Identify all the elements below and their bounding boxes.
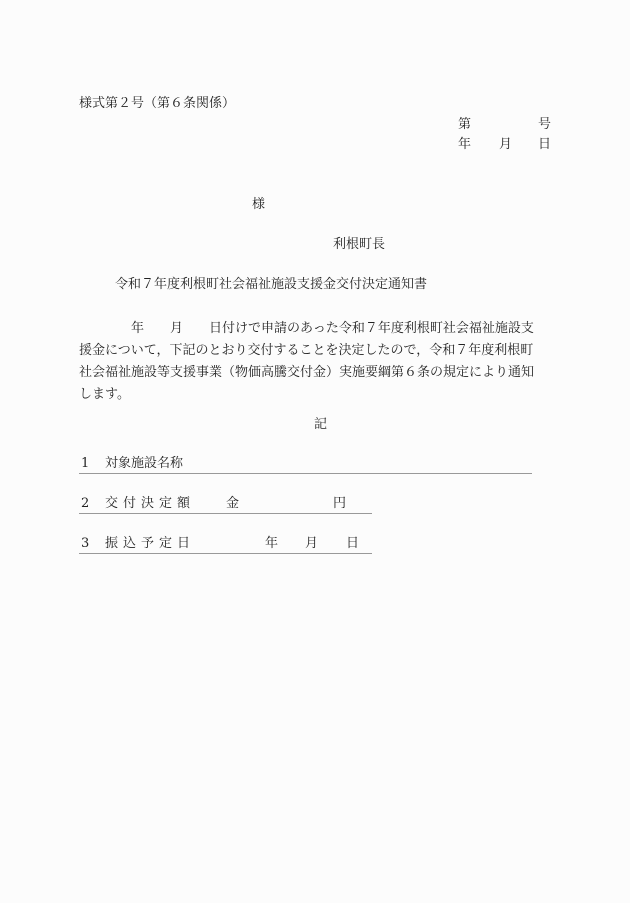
item-transfer-date: 3 振込予定日 年 月 日 [79,537,372,554]
item-label: 振込予定日 [105,537,195,550]
transfer-date-year: 年 [265,537,278,550]
doc-number-suffix: 号 [538,118,551,131]
item-facility-name: 1 対象施設名称 [79,457,532,474]
transfer-date-day: 日 [346,537,359,550]
form-label: 様式第２号（第６条関係） [79,97,235,110]
item-number: 1 [81,457,89,470]
issue-date: 年 月 日 [458,138,551,151]
body-line: 社会福祉施設等支援事業（物価高騰交付金）実施要綱第６条の規定により通知 [79,362,553,384]
body-line: 年 月 日付けで申請のあった令和７年度利根町社会福祉施設支 [79,318,553,340]
item-grant-amount: 2 交付決定額 金 円 [79,497,372,514]
issue-date-year: 年 [458,137,471,152]
item-label: 交付決定額 [105,497,195,510]
item-label: 対象施設名称 [105,457,183,470]
body-line: 援金について，下記のとおり交付することを決定したので，令和７年度利根町 [79,340,553,362]
currency-prefix: 金 [226,497,239,510]
currency-suffix: 円 [333,497,346,510]
document-number: 第 号 [458,118,551,131]
item-number: 3 [81,537,89,550]
recipient-suffix: 様 [252,198,265,211]
doc-number-prefix: 第 [458,117,471,132]
sender: 利根町長 [333,238,385,251]
ki-heading: 記 [314,418,327,431]
transfer-date-month: 月 [305,537,318,550]
item-number: 2 [81,497,89,510]
issue-date-month: 月 [499,138,512,151]
body-line: します。 [79,384,553,406]
issue-date-day: 日 [538,138,551,151]
body-paragraph: 年 月 日付けで申請のあった令和７年度利根町社会福祉施設支 援金について，下記の… [79,318,553,406]
document-title: 令和７年度利根町社会福祉施設支援金交付決定通知書 [115,278,427,291]
